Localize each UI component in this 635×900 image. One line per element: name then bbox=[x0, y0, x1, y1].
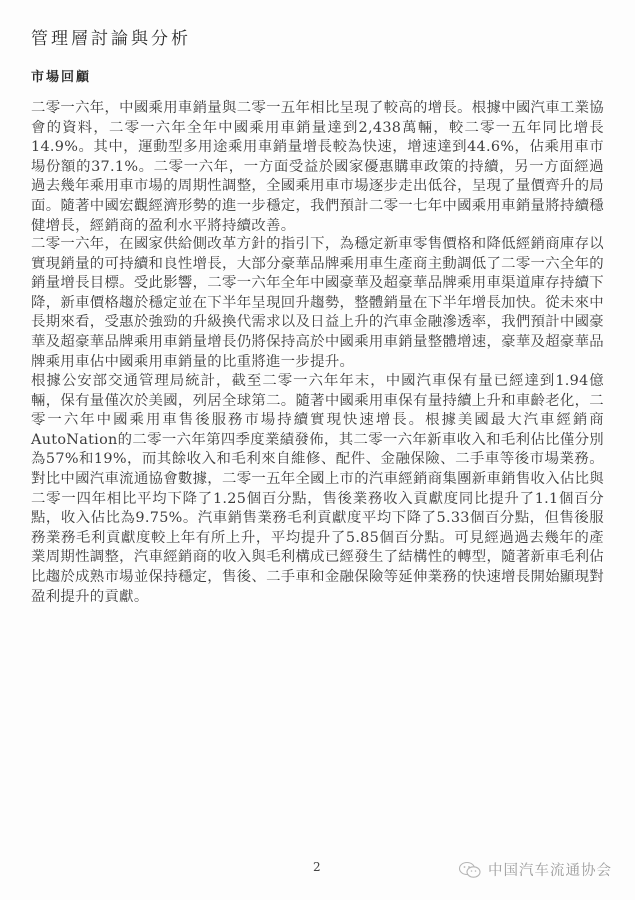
paragraph-market-sales: 二零一六年，中國乘用車銷量與二零一五年相比呈現了較高的增長。根據中國汽車工業協會… bbox=[31, 99, 604, 236]
document-page: 管理層討論與分析 市場回顧 二零一六年，中國乘用車銷量與二零一五年相比呈現了較高… bbox=[0, 0, 635, 900]
section-heading: 市場回顧 bbox=[31, 66, 91, 85]
wechat-icon bbox=[458, 861, 482, 879]
page-number: 2 bbox=[313, 860, 321, 874]
watermark-text: 中国汽车流通协会 bbox=[488, 859, 612, 880]
page-title: 管理層討論與分析 bbox=[31, 24, 191, 49]
paragraph-luxury-segment: 二零一六年，在國家供給側改革方針的指引下，為穩定新車零售價格和降低經銷商庫存以實… bbox=[31, 235, 604, 372]
watermark: 中国汽车流通协会 bbox=[458, 859, 612, 880]
paragraph-aftersales: 根據公安部交通管理局統計，截至二零一六年年末，中國汽車保有量已經達到1.94億輛… bbox=[31, 372, 604, 607]
